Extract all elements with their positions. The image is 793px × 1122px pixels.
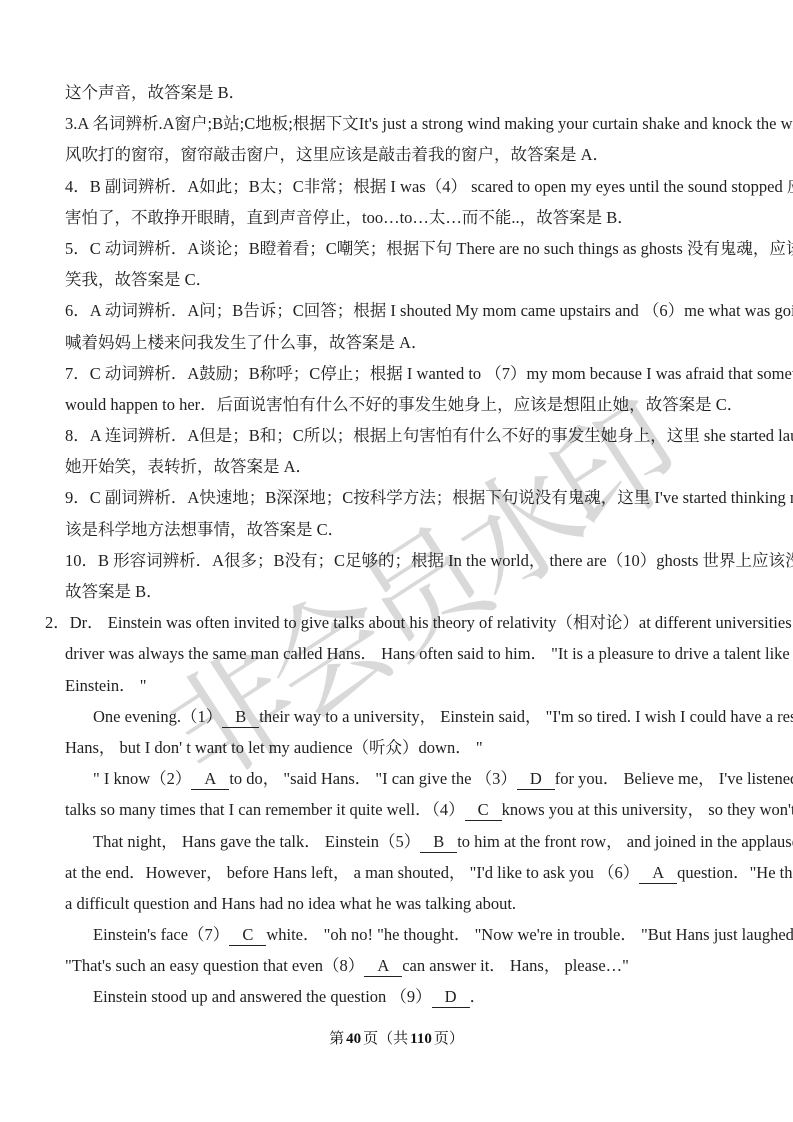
text-line: 10．B 形容词辨析．A很多；B没有；C足够的；根据 In the world，… <box>65 545 763 576</box>
text-line: 9．C 副词辨析．A快速地；B深深地；C按科学方法；根据下句说没有鬼魂，这里 I… <box>65 482 763 513</box>
text-line: 风吹打的窗帘，窗帘敲击窗户，这里应该是敲击着我的窗户，故答案是 A． <box>65 139 763 170</box>
text-line: Einstein． " <box>65 670 763 701</box>
answer-blank: C <box>465 800 502 821</box>
text-line: 她开始笑，表转折，故答案是 A． <box>65 451 763 482</box>
document-content: 这个声音，故答案是 B．3.A 名词辨析.A窗户;B站;C地板;根据下文It's… <box>65 77 763 1013</box>
text-line: would happen to her．后面说害怕有什么不好的事发生她身上，应该… <box>65 389 763 420</box>
footer-label: 页） <box>434 1031 464 1047</box>
text-line: 3.A 名词辨析.A窗户;B站;C地板;根据下文It's just a stro… <box>65 108 763 139</box>
text-line: One evening.（1）Btheir way to a universit… <box>93 701 763 732</box>
text-line: 5．C 动词辨析．A谈论；B瞪着看；C嘲笑；根据下句 There are no … <box>65 233 763 264</box>
document-page: 非会员水印 这个声音，故答案是 B．3.A 名词辨析.A窗户;B站;C地板;根据… <box>0 0 793 1122</box>
footer-label: 页（共 <box>363 1031 408 1047</box>
text-line: 笑我，故答案是 C． <box>65 264 763 295</box>
text-line: 喊着妈妈上楼来问我发生了什么事，故答案是 A． <box>65 327 763 358</box>
page-number: 110 <box>410 1031 432 1047</box>
answer-blank: B <box>222 707 259 728</box>
text-line: That night， Hans gave the talk． Einstein… <box>93 826 763 857</box>
footer-label: 第 <box>329 1031 344 1047</box>
text-line: 2．Dr． Einstein was often invited to give… <box>45 607 763 638</box>
text-line: 8．A 连词辨析．A但是；B和；C所以；根据上句害怕有什么不好的事发生她身上，这… <box>65 420 763 451</box>
answer-blank: A <box>364 956 402 977</box>
answer-blank: D <box>432 987 470 1008</box>
text-line: 该是科学地方法想事情，故答案是 C． <box>65 514 763 545</box>
page-footer: 第40页（共110页） <box>0 1027 793 1048</box>
answer-blank: D <box>517 769 555 790</box>
text-line: Einstein's face（7）Cwhite． "oh no! "he th… <box>93 919 763 950</box>
text-line: 害怕了，不敢挣开眼睛，直到声音停止，too…to…太…而不能..，故答案是 B． <box>65 202 763 233</box>
text-line: Einstein stood up and answered the quest… <box>93 981 763 1012</box>
text-line: 4．B 副词辨析．A如此；B太；C非常；根据 I was（4） scared t… <box>65 171 763 202</box>
text-line: talks so many times that I can remember … <box>65 794 763 825</box>
text-line: 6．A 动词辨析．A问；B告诉；C回答；根据 I shouted My mom … <box>65 295 763 326</box>
answer-blank: B <box>420 832 457 853</box>
text-line: 这个声音，故答案是 B． <box>65 77 763 108</box>
text-line: 故答案是 B． <box>65 576 763 607</box>
text-line: driver was always the same man called Ha… <box>65 638 763 669</box>
answer-blank: A <box>639 863 677 884</box>
text-line: a difficult question and Hans had no ide… <box>65 888 763 919</box>
text-line: at the end．However， before Hans left， a … <box>65 857 763 888</box>
text-line: "That's such an easy question that even（… <box>65 950 763 981</box>
answer-blank: C <box>229 925 266 946</box>
text-line: 7．C 动词辨析．A鼓励；B称呼；C停止；根据 I wanted to （7）m… <box>65 358 763 389</box>
text-line: Hans， but I don' t want to let my audien… <box>65 732 763 763</box>
answer-blank: A <box>191 769 229 790</box>
page-number: 40 <box>346 1031 361 1047</box>
text-line: " I know（2）Ato do， "said Hans． "I can gi… <box>93 763 763 794</box>
